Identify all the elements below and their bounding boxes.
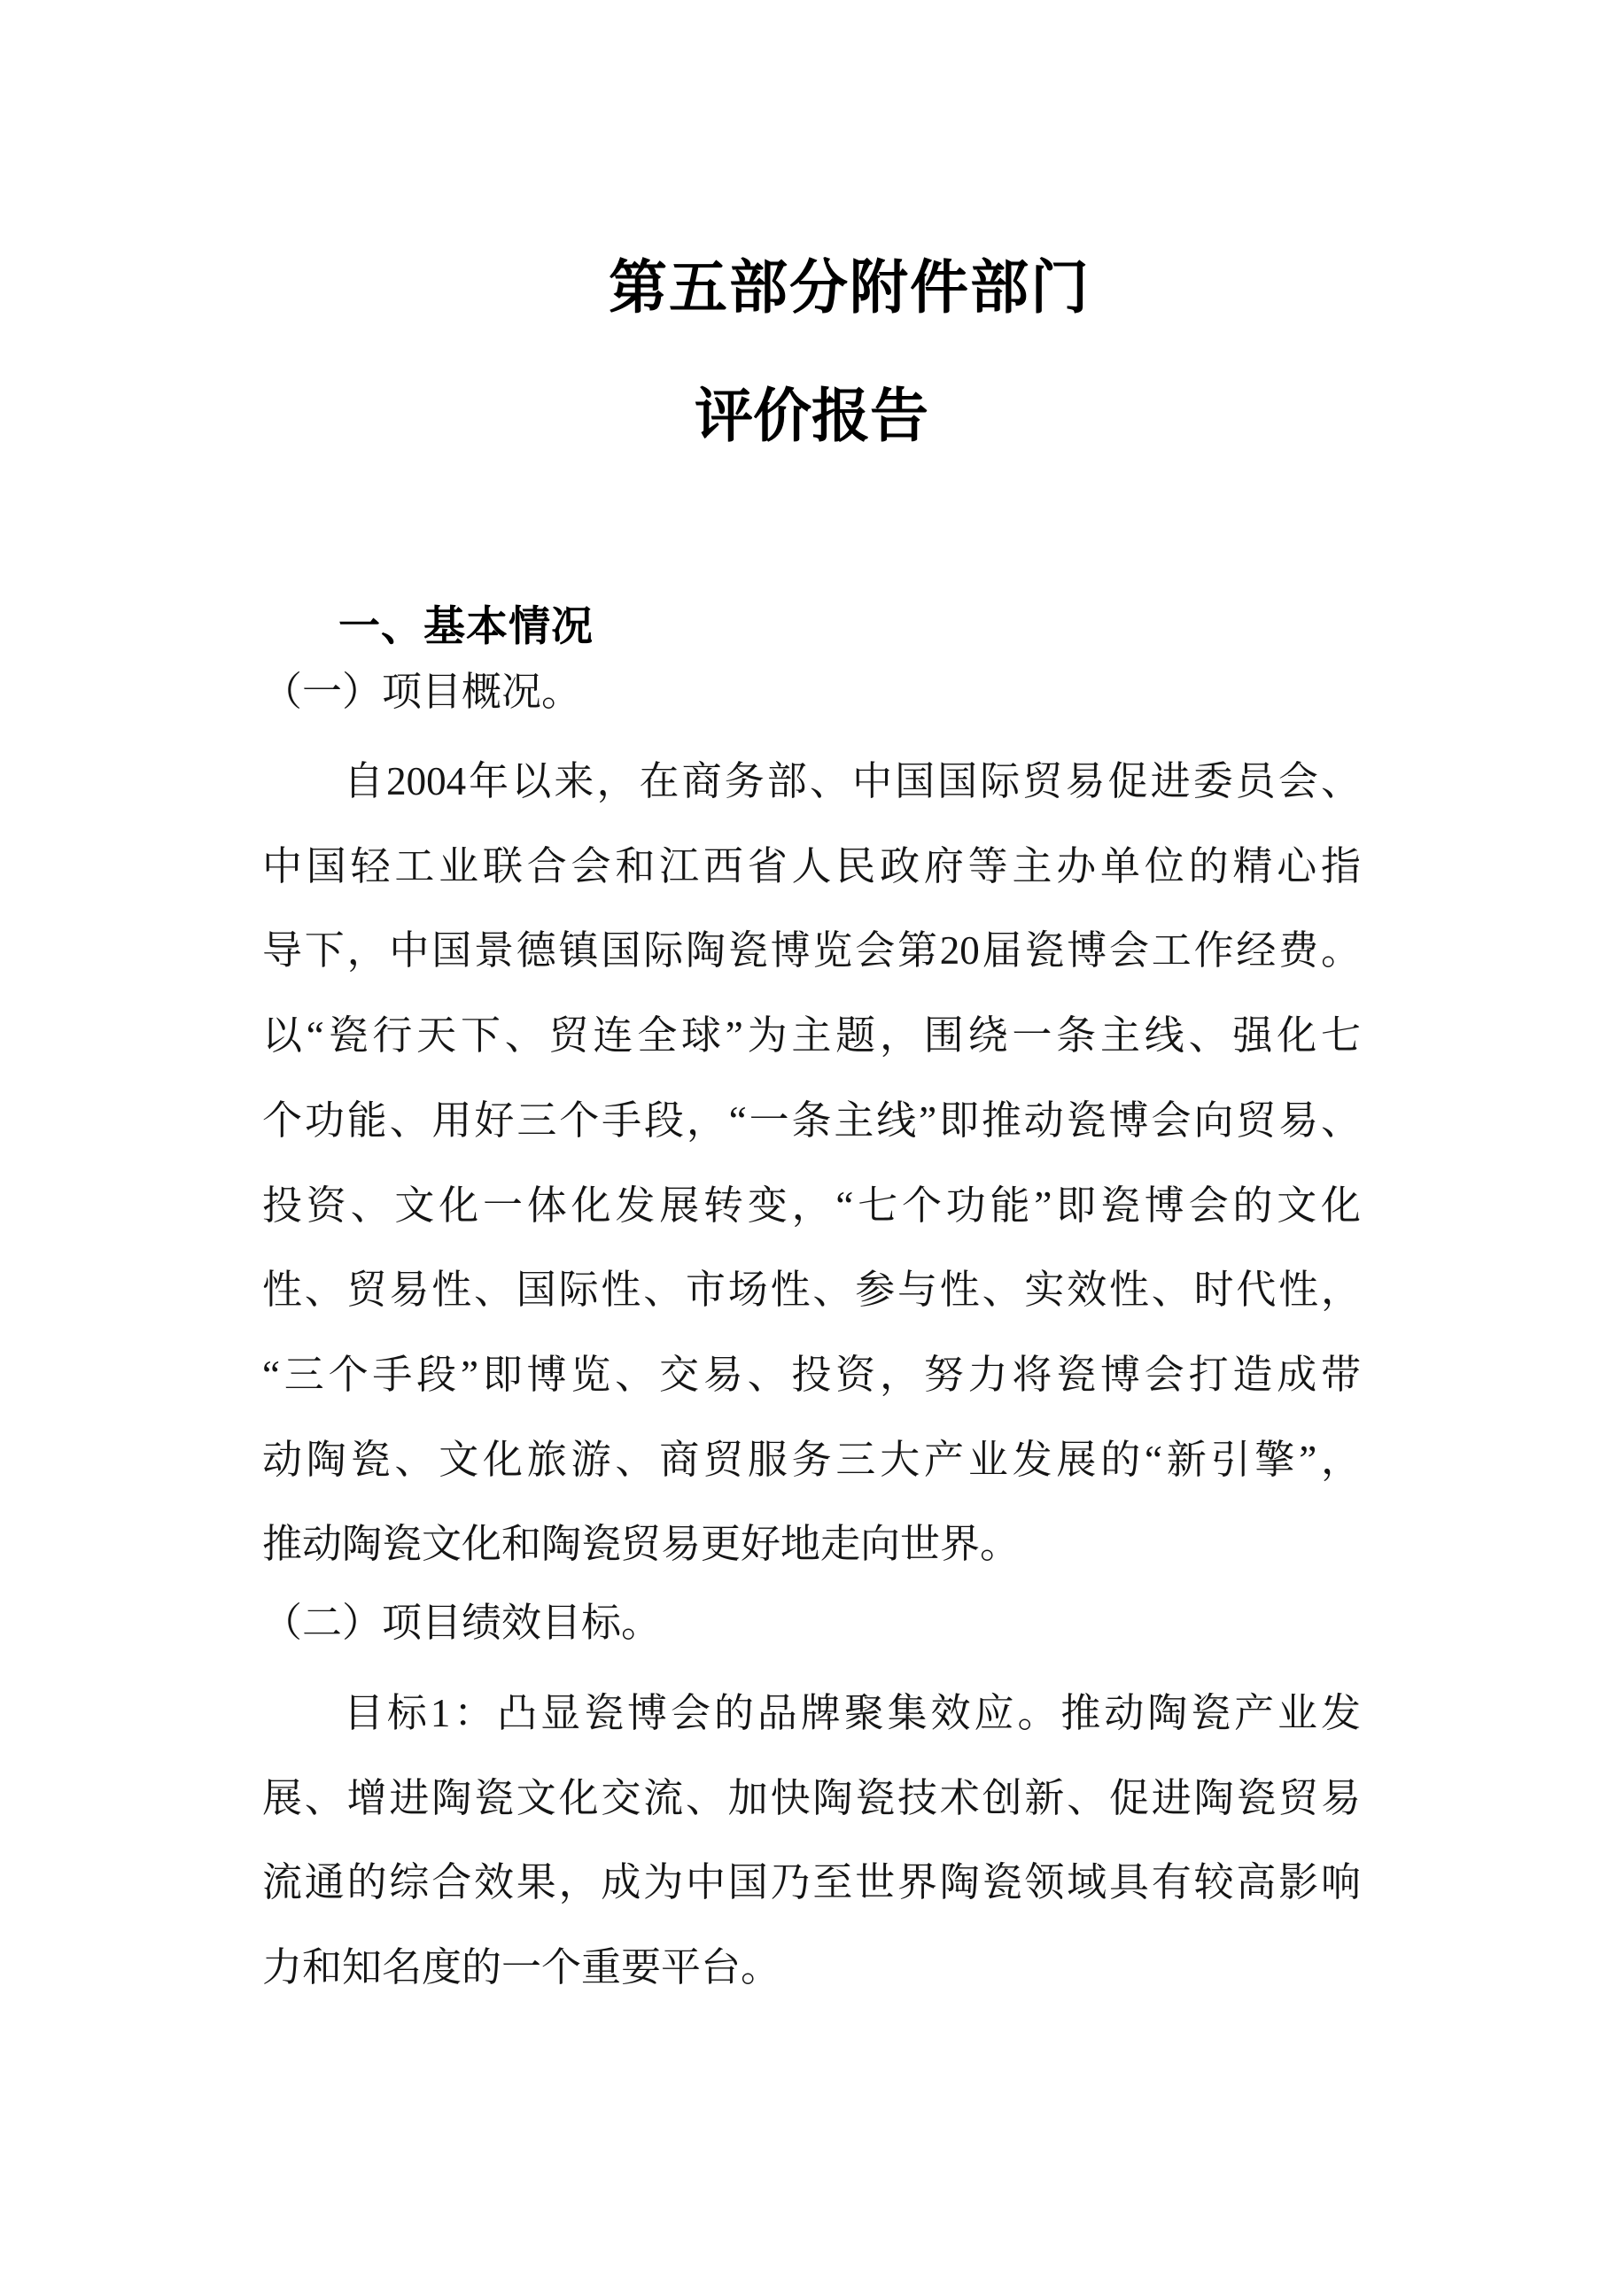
paragraph-2: 目标1：凸显瓷博会的品牌聚集效应。推动陶瓷产业发 展、增进陶瓷文化交流、加快陶瓷…: [262, 1672, 1361, 2011]
paragraph-line: 导下，中国景德镇国际陶瓷博览会第20届瓷博会工作经费。: [262, 909, 1361, 994]
subsection-heading-2: （二）项目绩效目标。: [262, 1581, 1361, 1665]
paragraph-line: 推动陶瓷文化和陶瓷贸易更好地走向世界。: [262, 1502, 1361, 1587]
paragraph-line: 个功能、用好三个手段，“一条主线”即推动瓷博会向贸易、: [262, 1079, 1361, 1164]
paragraph-line: 中国轻工业联合会和江西省人民政府等主办单位的精心指: [262, 825, 1361, 910]
paragraph-line: 投资、文化一体化发展转变，“七个功能”即瓷博会的文化: [262, 1164, 1361, 1249]
paragraph-line: 动陶瓷、文化旅游、商贸服务三大产业发展的“新引擎”，: [262, 1418, 1361, 1503]
paragraph-1: 自2004年以来，在商务部、中国国际贸易促进委员会、 中国轻工业联合会和江西省人…: [262, 740, 1361, 1587]
document-title: 第五部分附件部门: [300, 248, 1399, 330]
document-subtitle: 评价报告: [262, 376, 1361, 458]
document-page: 第五部分附件部门 评价报告 一、基本情况 （一）项目概况。 自2004年以来，在…: [0, 0, 1623, 2296]
subsection-heading-1: （一）项目概况。: [262, 650, 1361, 734]
paragraph-line: “三个手段”即博览、交易、投资，努力将瓷博会打造成带: [262, 1333, 1361, 1418]
paragraph-line: 目标1：凸显瓷博会的品牌聚集效应。推动陶瓷产业发: [262, 1672, 1361, 1757]
paragraph-line: 自2004年以来，在商务部、中国国际贸易促进委员会、: [262, 740, 1361, 825]
paragraph-line: 力和知名度的一个重要平台。: [262, 1926, 1361, 2011]
paragraph-line: 以“瓷行天下、贸连全球”为主题，围绕一条主线、强化七: [262, 994, 1361, 1079]
paragraph-line: 流通的综合效果，成为中国乃至世界陶瓷领域具有较高影响: [262, 1841, 1361, 1926]
paragraph-line: 性、贸易性、国际性、市场性、参与性、实效性、时代性，: [262, 1248, 1361, 1333]
paragraph-line: 展、增进陶瓷文化交流、加快陶瓷技术创新、促进陶瓷贸易: [262, 1757, 1361, 1842]
